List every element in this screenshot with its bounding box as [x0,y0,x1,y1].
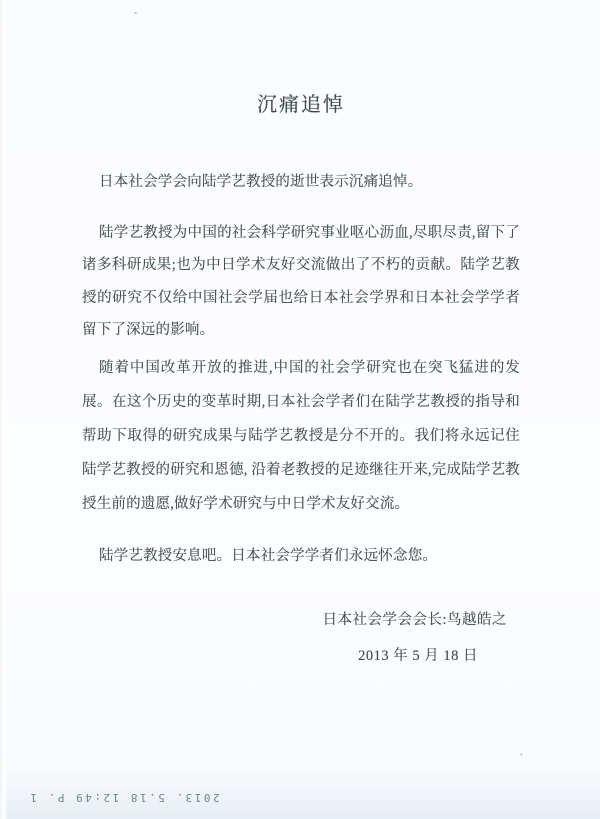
paragraph-body-1: 陆学艺教授为中国的社会科学研究事业呕心沥血,尽职尽责,留下了诸多科研成果;也为中… [82,217,520,347]
paragraph-closing: 陆学艺教授安息吧。日本社会学学者们永远怀念您。 [82,540,520,573]
paragraph-greeting: 日本社会学会向陆学艺教授的逝世表示沉痛追悼。 [82,166,520,199]
scanned-letter-page: 沉痛追悼 日本社会学会向陆学艺教授的逝世表示沉痛追悼。 陆学艺教授为中国的社会科… [0,0,600,819]
paragraph-body-2: 随着中国改革开放的推进,中国的社会学研究也在突飞猛进的发展。在这个历史的变革时期… [82,351,520,521]
letter-title: 沉痛追悼 [82,92,520,118]
date-line: 2013 年 5 月 18 日 [358,640,478,673]
fax-timestamp: 2013. 5.18 12:49 P. 1 [28,791,220,804]
signature-line: 日本社会学会会长:鸟越皓之 [322,604,507,637]
letter-body: 沉痛追悼 日本社会学会向陆学艺教授的逝世表示沉痛追悼。 陆学艺教授为中国的社会科… [82,0,520,672]
scan-speck [520,753,523,756]
signature-block: 日本社会学会会长:鸟越皓之 2013 年 5 月 18 日 [82,572,520,672]
